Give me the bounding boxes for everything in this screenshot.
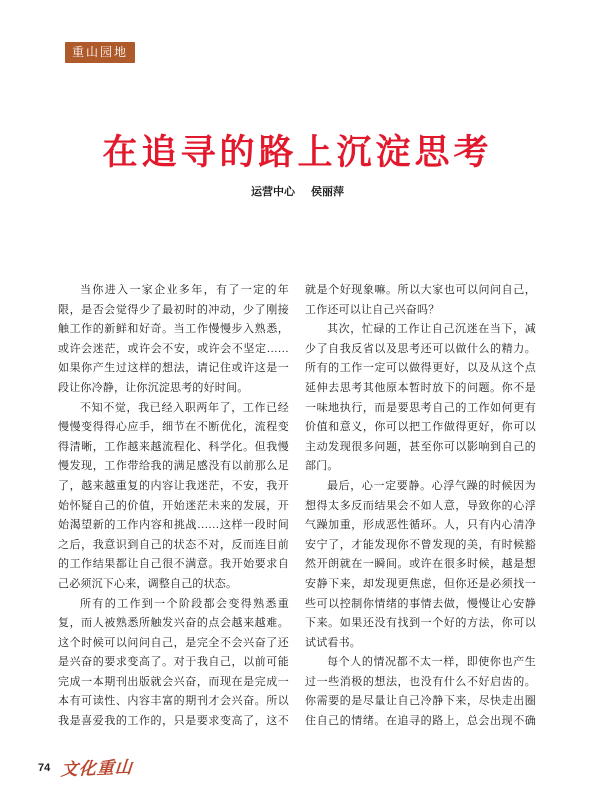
paragraph: 其次，忙碌的工作让自己沉迷在当下，减少了自我反省以及思考还可以做什么的精力。所有… [305, 320, 536, 477]
article-title: 在追寻的路上沉淀思考 [0, 132, 595, 174]
magazine-page: 重山园地 在追寻的路上沉淀思考 运营中心侯丽萍 当你进入一家企业多年，有了一定的… [0, 0, 595, 808]
article-body: 当你进入一家企业多年，有了一定的年限，是否会觉得少了最初时的冲动，少了刚接触工作… [58, 281, 536, 733]
column-badge: 重山园地 [65, 42, 135, 63]
page-number: 74 [38, 762, 50, 774]
paragraph: 不知不觉，我已经入职两年了，工作已经慢慢变得得心应手，细节在不断优化，流程变得清… [58, 399, 289, 595]
byline-department: 运营中心 [251, 186, 295, 198]
brand-logo: 文化重山 [60, 753, 134, 781]
paragraph: 当你进入一家企业多年，有了一定的年限，是否会觉得少了最初时的冲动，少了刚接触工作… [58, 281, 289, 399]
paragraph: 最后，心一定要静。心浮气躁的时候因为想得太多反而结果会不如人意，导致你的心浮气躁… [305, 477, 536, 653]
byline-author: 侯丽萍 [311, 186, 344, 198]
byline: 运营中心侯丽萍 [0, 183, 595, 199]
